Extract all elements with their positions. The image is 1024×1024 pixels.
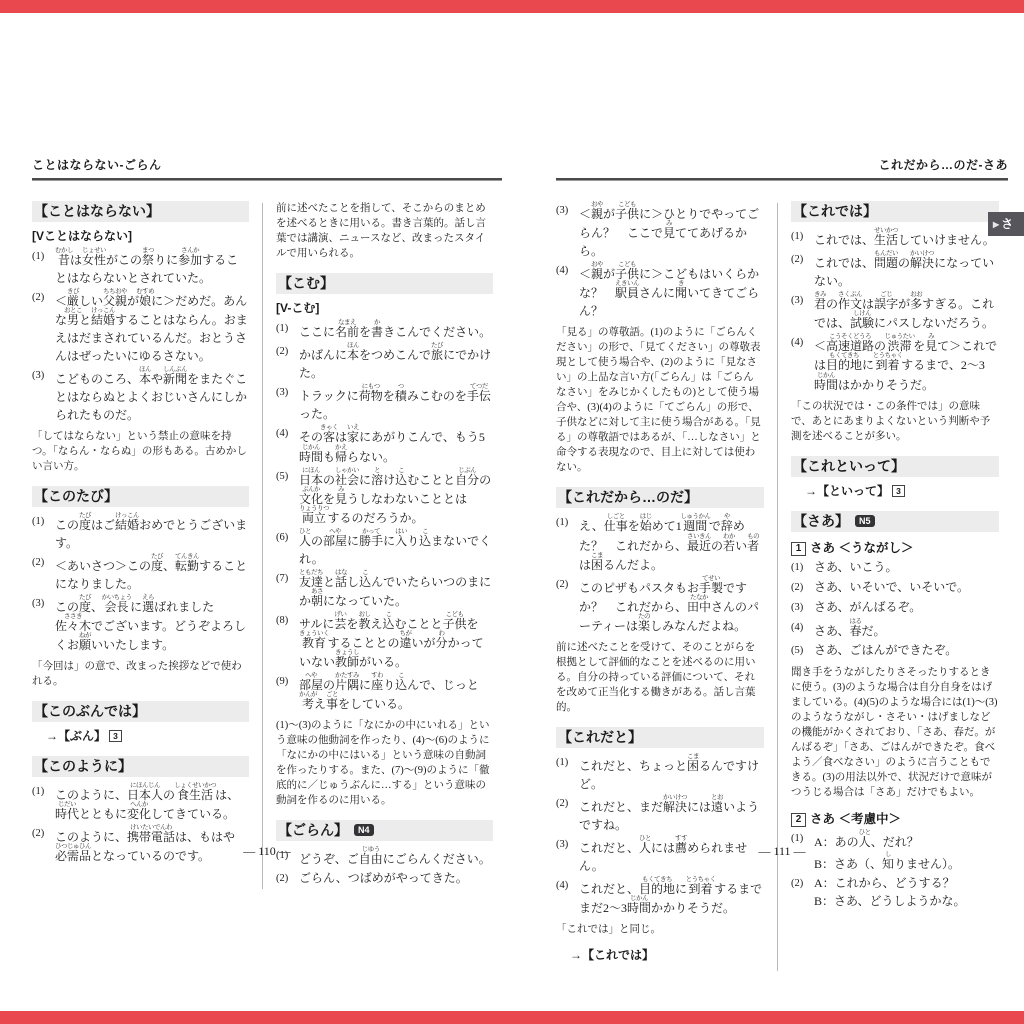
example-item: (3)トラックに荷物にもつを積つみこむのを手伝てつだった。	[276, 383, 493, 423]
example-number: (2)	[791, 578, 814, 597]
example-text: こどものころ、本ほんや新聞しんぶんをまたぐことはならぬとよくおじいさんにしかられ…	[55, 366, 249, 424]
example-number: (2)	[32, 553, 55, 593]
example-number: (4)	[556, 261, 579, 320]
entry-heading: 【これだと】	[556, 727, 764, 748]
example-text: このように、日本人にほんじんの食生活しょくせいかつは、時代じだいとともに変化へん…	[55, 782, 249, 823]
example-item: (2)＜あいさつ＞この度たび、転勤てんきんすることになりました。	[32, 553, 249, 593]
bottom-red-bar	[0, 1011, 1024, 1024]
example-item: (3)この度たび、会長かいちょうに選えらばれました佐々木ささきでございます。どう…	[32, 594, 249, 654]
example-item: (1)え、仕事しごとを始はじめて1週間しゅうかんで辞やめた？ これだから、最近さ…	[556, 513, 764, 574]
jlpt-level-badge: N5	[855, 515, 875, 527]
entry-heading-text: 【さあ】	[793, 513, 849, 529]
entry-heading: 【このたび】	[32, 486, 249, 507]
entry-heading: 【こむ】	[276, 273, 493, 294]
entry-heading-text: 【このぶんでは】	[34, 703, 146, 719]
entry-heading: 【これでは】	[791, 201, 999, 222]
header-rule	[556, 178, 1008, 181]
example-number: (2)	[276, 342, 299, 382]
example-text: サルに芸げいを教おしえ込こむことと子供こどもを教育きょういくすることとの違ちがい…	[299, 611, 493, 671]
example-number: (3)	[276, 383, 299, 423]
text-column: 前に述べたことを指して、そこからのまとめを述べるときに用いる。書き言葉的。話し言…	[276, 201, 493, 889]
usage-note: 「今回は」の意で、改まった挨拶などで使われる。	[32, 659, 249, 689]
example-text: さあ、ごはんができたぞ。	[814, 641, 999, 660]
cross-reference: →【といって】3	[805, 482, 999, 499]
example-text: 君きみの作文さくぶんは誤字ごじが多おおすぎる。これでは、試験しけんにパスしないだ…	[814, 291, 999, 332]
entry-heading: 【これといって】	[791, 456, 999, 477]
example-number: (2)	[791, 250, 814, 290]
example-item: (2)＜厳きびしい父親ちちおやが娘むすめに＞だめだ。あんな男おとこと結婚けっこん…	[32, 288, 249, 365]
example-item: (2)かばんに本ほんをつめこんで旅たびにでかけた。	[276, 342, 493, 382]
entry-heading: 【このぶんでは】	[32, 701, 249, 722]
example-number: (3)	[556, 201, 579, 260]
example-number: (2)	[556, 794, 579, 834]
example-item: (2)これでは、問題もんだいの解決かいけつになっていない。	[791, 250, 999, 290]
example-item: (1)この度たびはご結婚けっこんおめでとうございます。	[32, 512, 249, 552]
example-number: (3)	[791, 291, 814, 332]
entry-heading-text: 【こむ】	[278, 275, 334, 291]
example-text: ＜高速道路こうそくどうろの渋滞じゅうたいを見みて＞これでは目的地もくてきちに到着…	[814, 333, 999, 394]
example-number: (5)	[791, 641, 814, 660]
example-number: (4)	[791, 333, 814, 394]
example-item: (7)友達ともだちと話はなし込こんでいたらいつのまにか朝あさになっていた。	[276, 569, 493, 610]
example-number: (4)	[556, 876, 579, 917]
example-item: (4)さあ、春はるだ。	[791, 618, 999, 640]
example-text: これでは、問題もんだいの解決かいけつになっていない。	[814, 250, 999, 290]
page-number: — 110 —	[32, 844, 502, 859]
example-item: (4)＜親おやが子供こどもに＞こどもはいくらかな？ 駅員えきいんさんに聞きいてき…	[556, 261, 764, 320]
cross-reference: →【ぶん】3	[46, 727, 249, 744]
text-column: 【ことはならない】[Vことはならない](1)昔むかしは女性じょせいがこの祭まつり…	[32, 201, 249, 889]
example-text: このピザもパスタもお手製てせいですか？ これだから、田中たなかさんのパーティーは…	[579, 575, 764, 635]
example-item: (5)さあ、ごはんができたぞ。	[791, 641, 999, 660]
example-text: 部屋へやの片隅かたすみに座すわり込こんで、じっと考かんがえ事ごとをしている。	[299, 672, 493, 713]
usage-note: 前に述べたことを指して、そこからのまとめを述べるときに用いる。書き言葉的。話し言…	[276, 201, 493, 261]
usage-note: 聞き手をうながしたりさそったりするときに使う。(3)のような場合は自分自身をはげ…	[791, 665, 999, 800]
example-item: (1)これでは、生活せいかつしていけません。	[791, 227, 999, 249]
example-text: これだと、まだ解決かいけつには遠とおいようですね。	[579, 794, 764, 834]
dialog-line: A：これから、どうする？	[814, 874, 999, 892]
example-text: この度たび、会長かいちょうに選えらばれました佐々木ささきでございます。どうぞよろ…	[55, 594, 249, 654]
example-number: (4)	[276, 424, 299, 466]
tab-label: さ	[1001, 217, 1013, 231]
sense-heading-text: さあ ＜考慮中＞	[810, 812, 901, 826]
example-text: その客きゃくは家いえにあがりこんで、もう5時間じかんも帰かえらない。	[299, 424, 493, 466]
example-number: (3)	[791, 598, 814, 617]
example-number: (1)	[276, 319, 299, 341]
example-number: (8)	[276, 611, 299, 671]
example-item: (9)部屋へやの片隅かたすみに座すわり込こんで、じっと考かんがえ事ごとをしている…	[276, 672, 493, 713]
example-number: (9)	[276, 672, 299, 713]
example-text: さあ、いこう。	[814, 558, 999, 577]
example-text: トラックに荷物にもつを積つみこむのを手伝てつだった。	[299, 383, 493, 423]
example-number: (6)	[276, 528, 299, 568]
sense-heading: 2さあ ＜考慮中＞	[791, 809, 999, 827]
example-item: (2)これだと、まだ解決かいけつには遠とおいようですね。	[556, 794, 764, 834]
cross-reference-text: →【ぶん】	[46, 729, 106, 743]
example-text: 人ひとの部屋へやに勝手かってに入はいり込こまないでくれ。	[299, 528, 493, 568]
example-text: さあ、春はるだ。	[814, 618, 999, 640]
example-number: (1)	[791, 227, 814, 249]
entry-heading-text: 【これといって】	[793, 458, 905, 474]
columns-container: 【ことはならない】[Vことはならない](1)昔むかしは女性じょせいがこの祭まつり…	[32, 201, 502, 889]
dialog-example-item: (2)A：これから、どうする？B：さあ、どうしようかな。	[791, 874, 999, 910]
running-head-right: これだから…のだ-さあ	[556, 156, 1008, 173]
example-number: (7)	[276, 569, 299, 610]
cross-reference-text: →【これでは】	[570, 948, 654, 962]
example-number: (2)	[32, 288, 55, 365]
example-item: (6)人ひとの部屋へやに勝手かってに入はいり込こまないでくれ。	[276, 528, 493, 568]
example-number: (2)	[276, 869, 299, 888]
entry-heading-text: 【このように】	[34, 758, 132, 774]
example-item: (1)このように、日本人にほんじんの食生活しょくせいかつは、時代じだいとともに変…	[32, 782, 249, 823]
boxed-sense-number: 3	[109, 730, 122, 742]
entry-heading: 【ごらん】N4	[276, 820, 493, 841]
example-text: さあ、がんばるぞ。	[814, 598, 999, 617]
page-number: — 111 —	[556, 844, 1008, 859]
example-number: (2)	[791, 874, 814, 910]
example-item: (5)日本にほんの社会しゃかいに溶とけ込こむことと自分じぶんの文化ぶんかを見みう…	[276, 467, 493, 527]
entry-heading: 【さあ】N5	[791, 511, 999, 532]
example-text: この度たびはご結婚けっこんおめでとうございます。	[55, 512, 249, 552]
example-item: (3)＜親おやが子供こどもに＞ひとりでやってごらん？ ここで見みててあげるから。	[556, 201, 764, 260]
example-number: (5)	[276, 467, 299, 527]
entry-heading-text: 【このたび】	[34, 488, 118, 504]
sense-heading: 1さあ ＜うながし＞	[791, 538, 999, 556]
example-text: え、仕事しごとを始はじめて1週間しゅうかんで辞やめた？ これだから、最近さいきん…	[579, 513, 764, 574]
example-number: (1)	[32, 512, 55, 552]
pattern-formation: [Vことはならない]	[32, 227, 249, 244]
entry-heading-text: 【これでは】	[793, 203, 877, 219]
example-item: (3)君きみの作文さくぶんは誤字ごじが多おおすぎる。これでは、試験しけんにパスし…	[791, 291, 999, 332]
left-page: ことはならない-ごらん 【ことはならない】[Vことはならない](1)昔むかしは女…	[32, 156, 502, 889]
example-text: ＜あいさつ＞この度たび、転勤てんきんすることになりました。	[55, 553, 249, 593]
example-item: (2)ごらん、つばめがやってきた。	[276, 869, 493, 888]
example-number: (1)	[556, 513, 579, 574]
example-item: (1)これだと、ちょっと困こまるんですけど。	[556, 753, 764, 793]
column-divider	[262, 203, 263, 889]
example-text: ＜親おやが子供こどもに＞ひとりでやってごらん？ ここで見みててあげるから。	[579, 201, 764, 260]
entry-heading-text: 【ごらん】	[278, 822, 348, 838]
dialog-line: B：さあ、どうしようかな。	[814, 892, 999, 910]
example-text: 友達ともだちと話はなし込こんでいたらいつのまにか朝あさになっていた。	[299, 569, 493, 610]
sense-heading-text: さあ ＜うながし＞	[810, 541, 913, 555]
boxed-sense-number: 3	[892, 485, 905, 497]
usage-note: 「見る」の尊敬語。(1)のように「ごらんください」の形で、「見てください」の尊敬…	[556, 325, 764, 475]
entry-heading-text: 【これだと】	[558, 729, 642, 745]
example-item: (2)さあ、いそいで、いそいで。	[791, 578, 999, 597]
example-item: (1)昔むかしは女性じょせいがこの祭まつりに参加さんかすることはならないとされて…	[32, 247, 249, 287]
usage-note: 「これでは」と同じ。	[556, 922, 764, 937]
example-item: (8)サルに芸げいを教おしえ込こむことと子供こどもを教育きょういくすることとの違…	[276, 611, 493, 671]
example-item: (1)さあ、いこう。	[791, 558, 999, 577]
example-number: (4)	[791, 618, 814, 640]
example-item: (1)ここに名前なまえを書かきこんでください。	[276, 319, 493, 341]
header-rule	[32, 178, 502, 181]
example-number: (1)	[32, 247, 55, 287]
example-text: ＜厳きびしい父親ちちおやが娘むすめに＞だめだ。あんな男おとこと結婚けっこんするこ…	[55, 288, 249, 365]
usage-note: 前に述べたことを受けて、そのことがらを根拠として評価的なことを述べるのに用いる。…	[556, 640, 764, 715]
running-head-left: ことはならない-ごらん	[32, 156, 502, 173]
example-text: ここに名前なまえを書かきこんでください。	[299, 319, 493, 341]
example-number: (3)	[32, 366, 55, 424]
example-text: かばんに本ほんをつめこんで旅たびにでかけた。	[299, 342, 493, 382]
cross-reference: →【これでは】	[570, 946, 764, 963]
example-text: ＜親おやが子供こどもに＞こどもはいくらかな？ 駅員えきいんさんに聞きいてきてごら…	[579, 261, 764, 320]
sense-number-box: 2	[791, 813, 806, 827]
usage-note: 「してはならない」という禁止の意味を持つ。「ならん・ならぬ」の形もある。古めかし…	[32, 429, 249, 474]
example-text: これだと、ちょっと困こまるんですけど。	[579, 753, 764, 793]
example-number: (1)	[791, 558, 814, 577]
example-text: 日本にほんの社会しゃかいに溶とけ込こむことと自分じぶんの文化ぶんかを見みうしなわ…	[299, 467, 493, 527]
top-red-bar	[0, 0, 1024, 13]
example-number: (1)	[556, 753, 579, 793]
example-item: (3)さあ、がんばるぞ。	[791, 598, 999, 617]
entry-heading: 【ことはならない】	[32, 201, 249, 222]
example-text: これでは、生活せいかつしていけません。	[814, 227, 999, 249]
right-page: これだから…のだ-さあ (3)＜親おやが子供こどもに＞ひとりでやってごらん？ こ…	[556, 156, 1008, 971]
example-text: さあ、いそいで、いそいで。	[814, 578, 999, 597]
sense-number-box: 1	[791, 542, 806, 556]
jlpt-level-badge: N4	[354, 824, 374, 836]
example-number: (3)	[32, 594, 55, 654]
example-item: (3)こどものころ、本ほんや新聞しんぶんをまたぐことはならぬとよくおじいさんにし…	[32, 366, 249, 424]
entry-heading-text: 【これだから…のだ】	[558, 489, 698, 505]
example-text: これだと、目的地もくてきちに到着とうちゃくするまでまだ2～3時間じかんかかりそう…	[579, 876, 764, 917]
example-number: (1)	[32, 782, 55, 823]
pattern-formation: [V-こむ]	[276, 299, 493, 316]
entry-heading: 【このように】	[32, 756, 249, 777]
section-index-tab: ▶さ	[988, 212, 1024, 236]
entry-heading: 【これだから…のだ】	[556, 487, 764, 508]
example-item: (4)これだと、目的地もくてきちに到着とうちゃくするまでまだ2～3時間じかんかか…	[556, 876, 764, 917]
cross-reference-text: →【といって】	[805, 484, 889, 498]
example-item: (4)＜高速道路こうそくどうろの渋滞じゅうたいを見みて＞これでは目的地もくてきち…	[791, 333, 999, 394]
tab-arrow-icon: ▶	[993, 220, 999, 229]
example-number: (2)	[556, 575, 579, 635]
example-text: ごらん、つばめがやってきた。	[299, 869, 493, 888]
example-text: 昔むかしは女性じょせいがこの祭まつりに参加さんかすることはならないとされていた。	[55, 247, 249, 287]
entry-heading-text: 【ことはならない】	[34, 203, 160, 219]
usage-note: (1)～(3)のように「なにかの中にいれる」という意味の他動詞を作ったり、(4)…	[276, 718, 493, 808]
example-item: (2)このピザもパスタもお手製てせいですか？ これだから、田中たなかさんのパーテ…	[556, 575, 764, 635]
usage-note: 「この状況では・この条件では」の意味で、あとにあまりよくないという判断や予測を述…	[791, 399, 999, 444]
example-item: (4)その客きゃくは家いえにあがりこんで、もう5時間じかんも帰かえらない。	[276, 424, 493, 466]
dialog-lines: A：これから、どうする？B：さあ、どうしようかな。	[814, 874, 999, 910]
